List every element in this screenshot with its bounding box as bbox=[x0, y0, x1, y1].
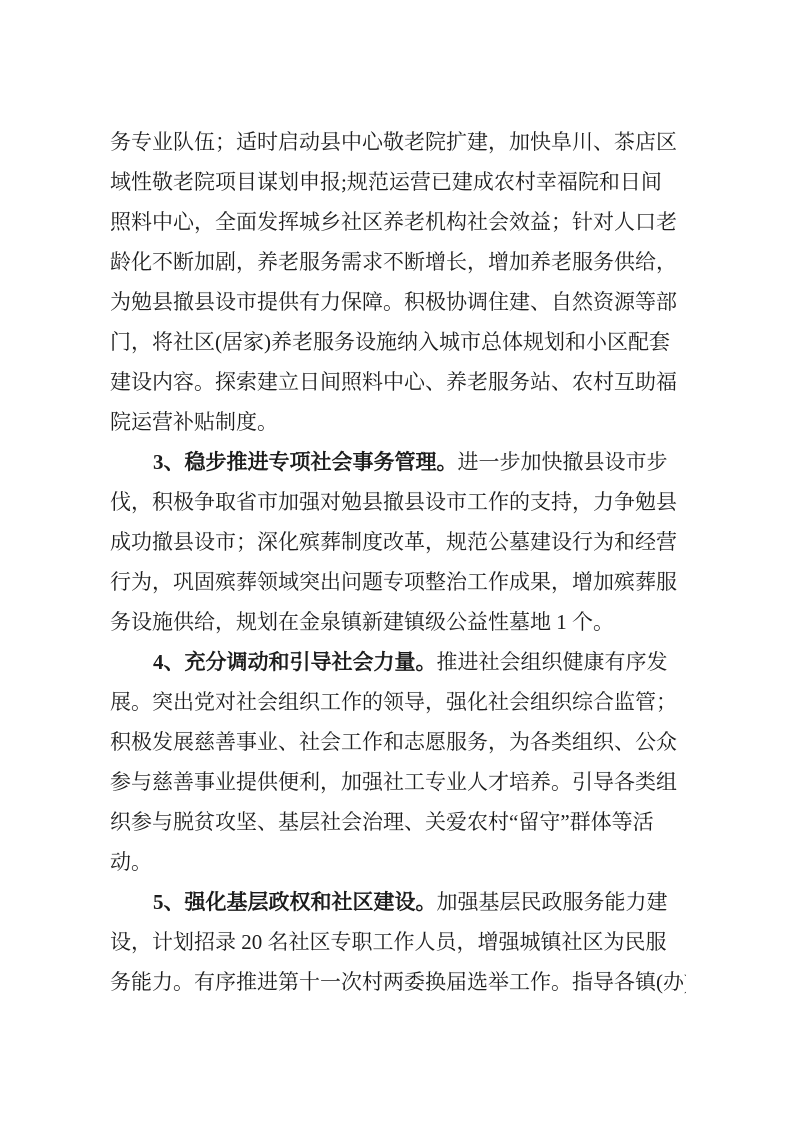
body-text: 院运营补贴制度。 bbox=[110, 410, 278, 434]
text-line: 行为，巩固殡葬领域突出问题专项整治工作成果，增加殡葬服 bbox=[110, 562, 686, 602]
text-line: 设，计划招录 20 名社区专职工作人员，增强城镇社区为民服 bbox=[110, 922, 686, 962]
text-line: 照料中心，全面发挥城乡社区养老机构社会效益；针对人口老 bbox=[110, 202, 686, 242]
body-text: 行为，巩固殡葬领域突出问题专项整治工作成果，增加殡葬服 bbox=[110, 570, 677, 594]
section-3-heading: 3、稳步推进专项社会事务管理。 bbox=[153, 450, 458, 474]
body-text: 建设内容。探索建立日间照料中心、养老服务站、农村互助福 bbox=[110, 370, 677, 394]
body-text: 域性敬老院项目谋划申报;规范运营已建成农村幸福院和日间 bbox=[110, 170, 662, 194]
text-line: 门，将社区(居家)养老服务设施纳入城市总体规划和小区配套 bbox=[110, 322, 686, 362]
body-text: 龄化不断加剧，养老服务需求不断增长，增加养老服务供给， bbox=[110, 250, 677, 274]
text-line paragraph-end: 院运营补贴制度。 bbox=[110, 402, 686, 442]
body-text: 进一步加快撤县设市步 bbox=[458, 450, 668, 474]
text-line: 成功撤县设市；深化殡葬制度改革，规范公墓建设行为和经营 bbox=[110, 522, 686, 562]
text-line: 3、稳步推进专项社会事务管理。进一步加快撤县设市步 bbox=[110, 442, 686, 482]
text-line: 龄化不断加剧，养老服务需求不断增长，增加养老服务供给， bbox=[110, 242, 686, 282]
body-text: 动。 bbox=[110, 850, 152, 874]
text-line: 伐，积极争取省市加强对勉县撤县设市工作的支持，力争勉县 bbox=[110, 482, 686, 522]
text-line: 务专业队伍；适时启动县中心敬老院扩建，加快阜川、茶店区 bbox=[110, 122, 686, 162]
body-text: 设，计划招录 20 名社区专职工作人员，增强城镇社区为民服 bbox=[110, 930, 667, 954]
body-text: 照料中心，全面发挥城乡社区养老机构社会效益；针对人口老 bbox=[110, 210, 677, 234]
body-text: 织参与脱贫攻坚、基层社会治理、关爱农村“留守”群体等活 bbox=[110, 810, 654, 834]
body-text: 推进社会组织健康有序发 bbox=[437, 650, 668, 674]
body-text: 务能力。有序推进第十一次村两委换届选举工作。指导各镇(办) bbox=[110, 970, 686, 994]
body-text: 成功撤县设市；深化殡葬制度改革，规范公墓建设行为和经营 bbox=[110, 530, 677, 554]
body-text: 门，将社区(居家)养老服务设施纳入城市总体规划和小区配套 bbox=[110, 330, 670, 354]
document-body: 务专业队伍；适时启动县中心敬老院扩建，加快阜川、茶店区 域性敬老院项目谋划申报;… bbox=[110, 122, 686, 1002]
text-line: 4、充分调动和引导社会力量。推进社会组织健康有序发 bbox=[110, 642, 686, 682]
text-line: 务能力。有序推进第十一次村两委换届选举工作。指导各镇(办) bbox=[110, 962, 686, 1002]
body-text: 积极发展慈善事业、社会工作和志愿服务，为各类组织、公众 bbox=[110, 730, 677, 754]
body-text: 务设施供给，规划在金泉镇新建镇级公益性墓地 1 个。 bbox=[110, 610, 614, 634]
document-page: 务专业队伍；适时启动县中心敬老院扩建，加快阜川、茶店区 域性敬老院项目谋划申报;… bbox=[0, 0, 793, 1122]
text-line: 5、强化基层政权和社区建设。加强基层民政服务能力建 bbox=[110, 882, 686, 922]
text-line paragraph-end: 动。 bbox=[110, 842, 686, 882]
body-text: 参与慈善事业提供便利，加强社工专业人才培养。引导各类组 bbox=[110, 770, 677, 794]
text-line: 参与慈善事业提供便利，加强社工专业人才培养。引导各类组 bbox=[110, 762, 686, 802]
section-4-heading: 4、充分调动和引导社会力量。 bbox=[153, 650, 437, 674]
text-line: 域性敬老院项目谋划申报;规范运营已建成农村幸福院和日间 bbox=[110, 162, 686, 202]
body-text: 伐，积极争取省市加强对勉县撤县设市工作的支持，力争勉县 bbox=[110, 490, 677, 514]
text-line: 积极发展慈善事业、社会工作和志愿服务，为各类组织、公众 bbox=[110, 722, 686, 762]
text-line: 展。突出党对社会组织工作的领导，强化社会组织综合监管； bbox=[110, 682, 686, 722]
body-text: 展。突出党对社会组织工作的领导，强化社会组织综合监管； bbox=[110, 690, 677, 714]
body-text: 加强基层民政服务能力建 bbox=[437, 890, 668, 914]
text-line: 为勉县撤县设市提供有力保障。积极协调住建、自然资源等部 bbox=[110, 282, 686, 322]
text-line paragraph-end: 务设施供给，规划在金泉镇新建镇级公益性墓地 1 个。 bbox=[110, 602, 686, 642]
body-text: 务专业队伍；适时启动县中心敬老院扩建，加快阜川、茶店区 bbox=[110, 130, 677, 154]
section-5-heading: 5、强化基层政权和社区建设。 bbox=[153, 890, 437, 914]
text-line: 建设内容。探索建立日间照料中心、养老服务站、农村互助福 bbox=[110, 362, 686, 402]
body-text: 为勉县撤县设市提供有力保障。积极协调住建、自然资源等部 bbox=[110, 290, 677, 314]
text-line: 织参与脱贫攻坚、基层社会治理、关爱农村“留守”群体等活 bbox=[110, 802, 686, 842]
